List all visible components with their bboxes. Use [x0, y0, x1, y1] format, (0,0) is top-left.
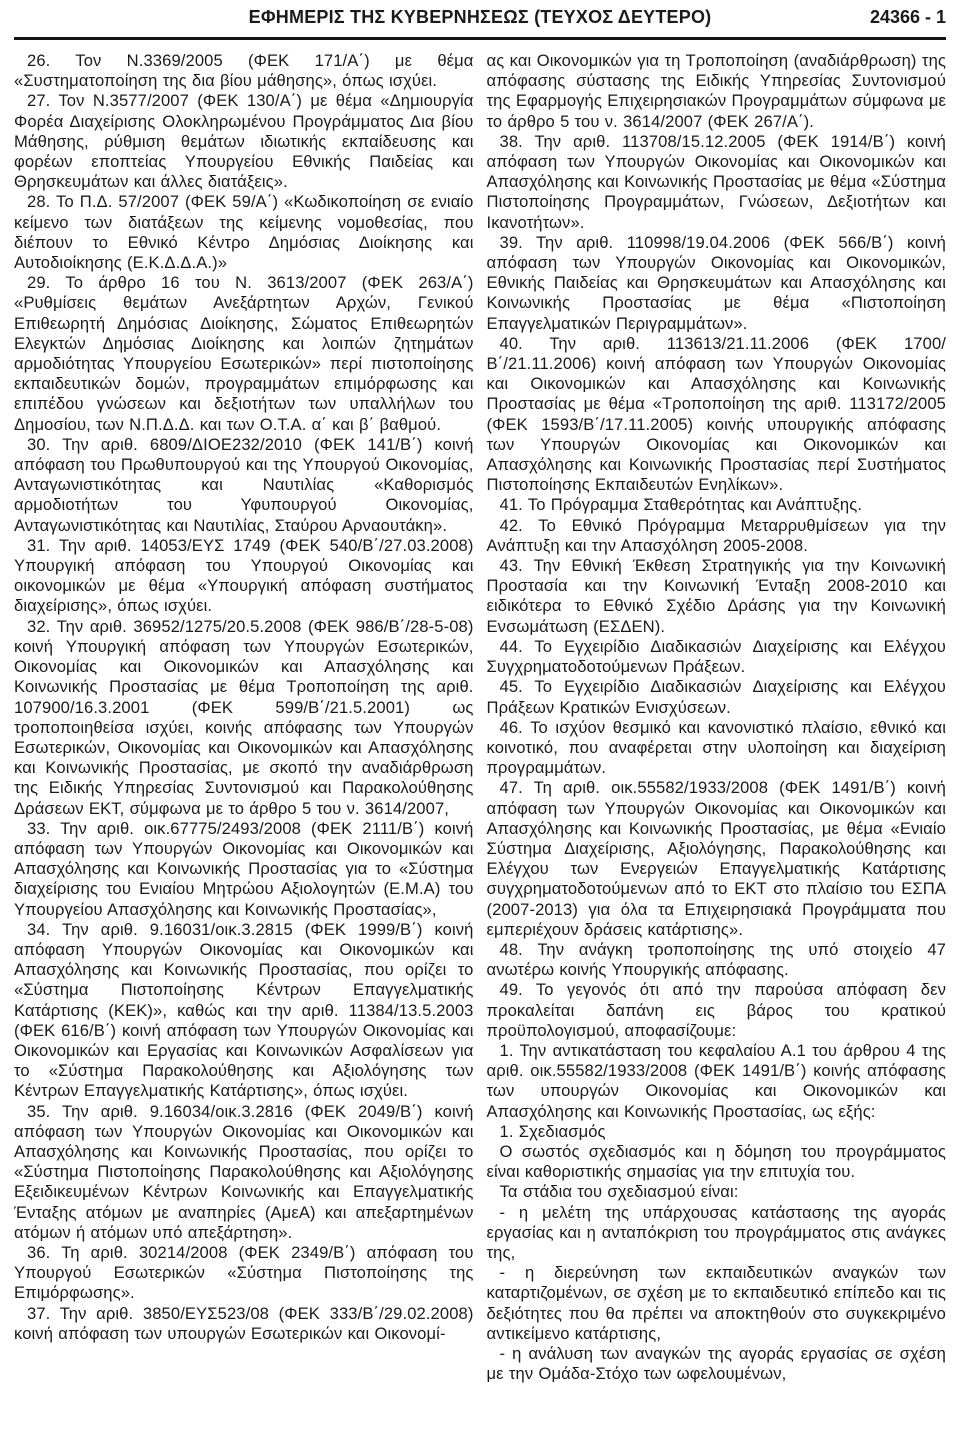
left-column: 26. Τον Ν.3369/2005 (ΦΕΚ 171/Α΄) με θέμα… [14, 51, 474, 1384]
paragraph: 35. Την αριθ. 9.16034/οικ.3.2816 (ΦΕΚ 20… [14, 1102, 474, 1243]
paragraph: 29. Το άρθρο 16 του Ν. 3613/2007 (ΦΕΚ 26… [14, 273, 474, 435]
paragraph: 47. Τη αριθ. οικ.55582/1933/2008 (ΦΕΚ 14… [487, 778, 947, 940]
paragraph: 33. Την αριθ. οικ.67775/2493/2008 (ΦΕΚ 2… [14, 819, 474, 920]
paragraph: 34. Την αριθ. 9.16031/οικ.3.2815 (ΦΕΚ 19… [14, 920, 474, 1102]
paragraph: - η διερεύνηση των εκπαιδευτικών αναγκών… [487, 1263, 947, 1344]
paragraph: 38. Την αριθ. 113708/15.12.2005 (ΦΕΚ 191… [487, 132, 947, 233]
gazette-page: ΕΦΗΜΕΡΙΣ ΤΗΣ ΚΥΒΕΡΝΗΣΕΩΣ (ΤΕΥΧΟΣ ΔΕΥΤΕΡΟ… [14, 0, 946, 1384]
paragraph: 37. Την αριθ. 3850/ΕΥΣ523/08 (ΦΕΚ 333/Β΄… [14, 1304, 474, 1344]
paragraph: Ο σωστός σχεδιασμός και η δόμηση του προ… [487, 1142, 947, 1182]
paragraph: 49. Το γεγονός ότι από την παρούσα απόφα… [487, 980, 947, 1041]
paragraph: Τα στάδια του σχεδιασμού είναι: [487, 1182, 947, 1202]
paragraph: 1. Σχεδιασμός [487, 1122, 947, 1142]
paragraph: 45. Το Εγχειρίδιο Διαδικασιών Διαχείριση… [487, 677, 947, 717]
text-columns: 26. Τον Ν.3369/2005 (ΦΕΚ 171/Α΄) με θέμα… [14, 51, 946, 1384]
paragraph: 36. Τη αριθ. 30214/2008 (ΦΕΚ 2349/Β΄) απ… [14, 1243, 474, 1304]
paragraph: 40. Την αριθ. 113613/21.11.2006 (ΦΕΚ 170… [487, 334, 947, 496]
paragraph: - η ανάλυση των αναγκών της αγοράς εργασ… [487, 1344, 947, 1384]
paragraph: ας και Οικονομικών για τη Τροποποίηση (α… [487, 51, 947, 132]
paragraph: 30. Την αριθ. 6809/ΔΙΟΕ232/2010 (ΦΕΚ 141… [14, 435, 474, 536]
paragraph: 41. Το Πρόγραμμα Σταθερότητας και Ανάπτυ… [487, 495, 947, 515]
paragraph: 31. Την αριθ. 14053/ΕΥΣ 1749 (ΦΕΚ 540/Β΄… [14, 536, 474, 617]
paragraph: 39. Την αριθ. 110998/19.04.2006 (ΦΕΚ 566… [487, 233, 947, 334]
paragraph: 44. Το Εγχειρίδιο Διαδικασιών Διαχείριση… [487, 637, 947, 677]
paragraph: 32. Την αριθ. 36952/1275/20.5.2008 (ΦΕΚ … [14, 617, 474, 819]
paragraph: 27. Τον Ν.3577/2007 (ΦΕΚ 130/Α΄) με θέμα… [14, 91, 474, 192]
paragraph: 48. Την ανάγκη τροποποίησης της υπό στοι… [487, 940, 947, 980]
paragraph: 43. Την Εθνική Έκθεση Στρατηγικής για τη… [487, 556, 947, 637]
paragraph: 46. Το ισχύον θεσμικό και κανονιστικό πλ… [487, 718, 947, 779]
paragraph: 1. Την αντικατάσταση του κεφαλαίου Α.1 τ… [487, 1041, 947, 1122]
page-header-title: ΕΦΗΜΕΡΙΣ ΤΗΣ ΚΥΒΕΡΝΗΣΕΩΣ (ΤΕΥΧΟΣ ΔΕΥΤΕΡΟ… [14, 7, 946, 28]
page-number: 24366 - 1 [870, 7, 946, 28]
paragraph: 26. Τον Ν.3369/2005 (ΦΕΚ 171/Α΄) με θέμα… [14, 51, 474, 91]
paragraph: 28. Το Π.Δ. 57/2007 (ΦΕΚ 59/Α΄) «Κωδικοπ… [14, 192, 474, 273]
page-header: ΕΦΗΜΕΡΙΣ ΤΗΣ ΚΥΒΕΡΝΗΣΕΩΣ (ΤΕΥΧΟΣ ΔΕΥΤΕΡΟ… [14, 0, 946, 40]
right-column: ας και Οικονομικών για τη Τροποποίηση (α… [487, 51, 947, 1384]
paragraph: 42. Το Εθνικό Πρόγραμμα Μεταρρυθμίσεων γ… [487, 516, 947, 556]
paragraph: - η μελέτη της υπάρχουσας κατάστασης της… [487, 1203, 947, 1264]
